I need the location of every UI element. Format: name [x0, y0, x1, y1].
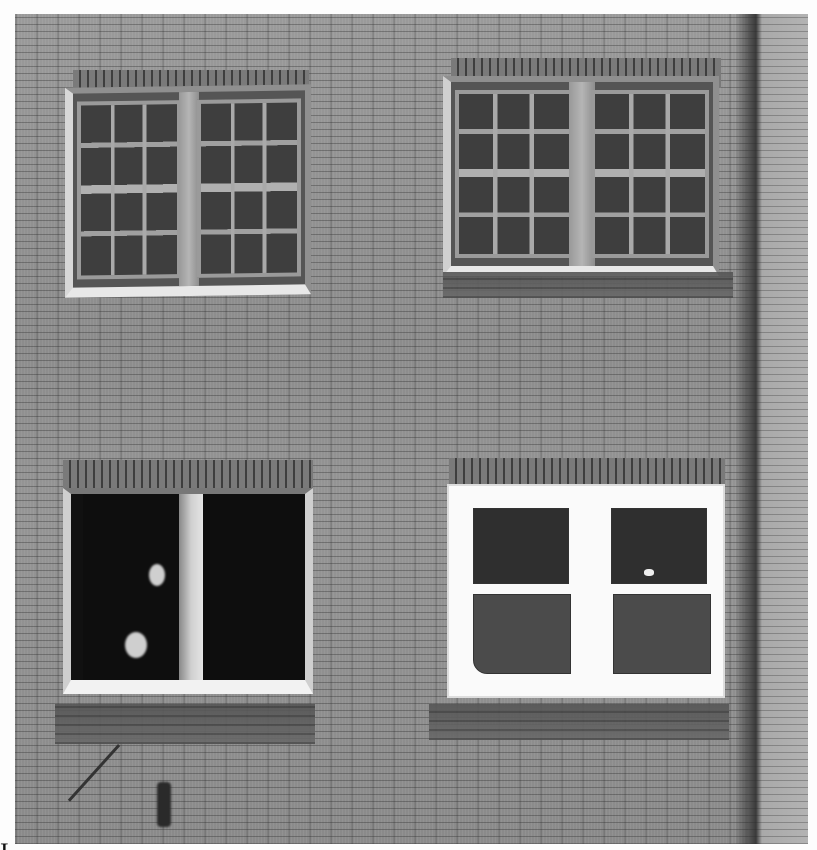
upper-right-window: [443, 76, 719, 276]
lower-right-window-pane-bottom-right: [613, 594, 711, 674]
lower-left-sill-shadow: [55, 704, 315, 744]
lower-left-window-mullion: [179, 494, 203, 680]
lower-right-window-pane-top-right: [611, 508, 707, 584]
stain-streak: [68, 744, 120, 802]
lower-right-window-pane-bottom-left: [473, 594, 571, 674]
lower-left-lintel: [63, 460, 313, 490]
reflection-spot: [644, 569, 654, 576]
lower-right-window: [447, 484, 725, 698]
upper-left-window-right-sash: [197, 98, 301, 277]
brick-pier: [748, 14, 808, 844]
lower-right-window-pane-top-left: [473, 508, 569, 584]
upper-left-window-left-sash: [77, 100, 181, 279]
lower-left-window: [63, 488, 313, 694]
lower-right-sill-shadow: [429, 704, 729, 740]
lower-left-window-right-pane: [203, 494, 305, 680]
pier-shadow: [736, 14, 748, 844]
upper-left-window: [65, 84, 311, 297]
dark-post: [157, 782, 171, 827]
upper-left-window-mullion: [179, 92, 199, 286]
upper-right-window-right-sash: [591, 90, 709, 258]
upper-right-sill-shadow: [443, 272, 733, 298]
object-behind-glass: [125, 632, 147, 658]
cropped-caption: I: [0, 840, 817, 850]
building-facade-photo: [15, 14, 808, 844]
object-behind-glass: [149, 564, 165, 586]
upper-right-window-left-sash: [455, 90, 573, 258]
